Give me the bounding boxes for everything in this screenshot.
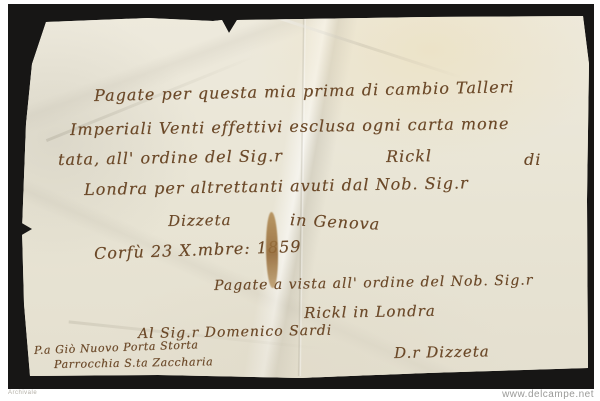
paper-crease-diagonal bbox=[263, 12, 464, 80]
photo-black-background: Pagate per questa mia prima di cambio Ta… bbox=[8, 4, 594, 389]
handwritten-line-3b-payee: Rickl bbox=[386, 146, 432, 166]
page: Pagate per questa mia prima di cambio Ta… bbox=[0, 0, 600, 401]
ink-stain bbox=[266, 212, 278, 288]
handwritten-line-3c: di bbox=[524, 150, 541, 169]
handwritten-address-line-1: P.a Giò Nuovo Porta Storta bbox=[34, 338, 199, 357]
handwritten-line-4: Londra per altrettanti avuti dal Nob. Si… bbox=[84, 173, 469, 199]
handwritten-line-1: Pagate per questa mia prima di cambio Ta… bbox=[94, 77, 515, 105]
edge-label: Archivale bbox=[8, 390, 37, 396]
handwritten-line-7: Pagate a vista all' ordine del Nob. Sig.… bbox=[214, 272, 534, 294]
handwritten-line-8: Rickl in Londra bbox=[304, 302, 436, 322]
handwritten-line-5b-place: in Genova bbox=[290, 210, 381, 234]
handwritten-signature: D.r Dizzeta bbox=[394, 342, 490, 362]
handwritten-line-2: Imperiali Venti effettivi esclusa ogni c… bbox=[70, 114, 510, 139]
letter-paper: Pagate per questa mia prima di cambio Ta… bbox=[8, 4, 594, 389]
delcampe-watermark: www.delcampe.net bbox=[502, 389, 594, 400]
handwritten-line-5a-name: Dizzeta bbox=[168, 211, 232, 230]
handwritten-line-3a: tata, all' ordine del Sig.r bbox=[58, 146, 283, 169]
handwritten-address-line-2: Parrocchia S.ta Zaccharia bbox=[54, 355, 213, 371]
